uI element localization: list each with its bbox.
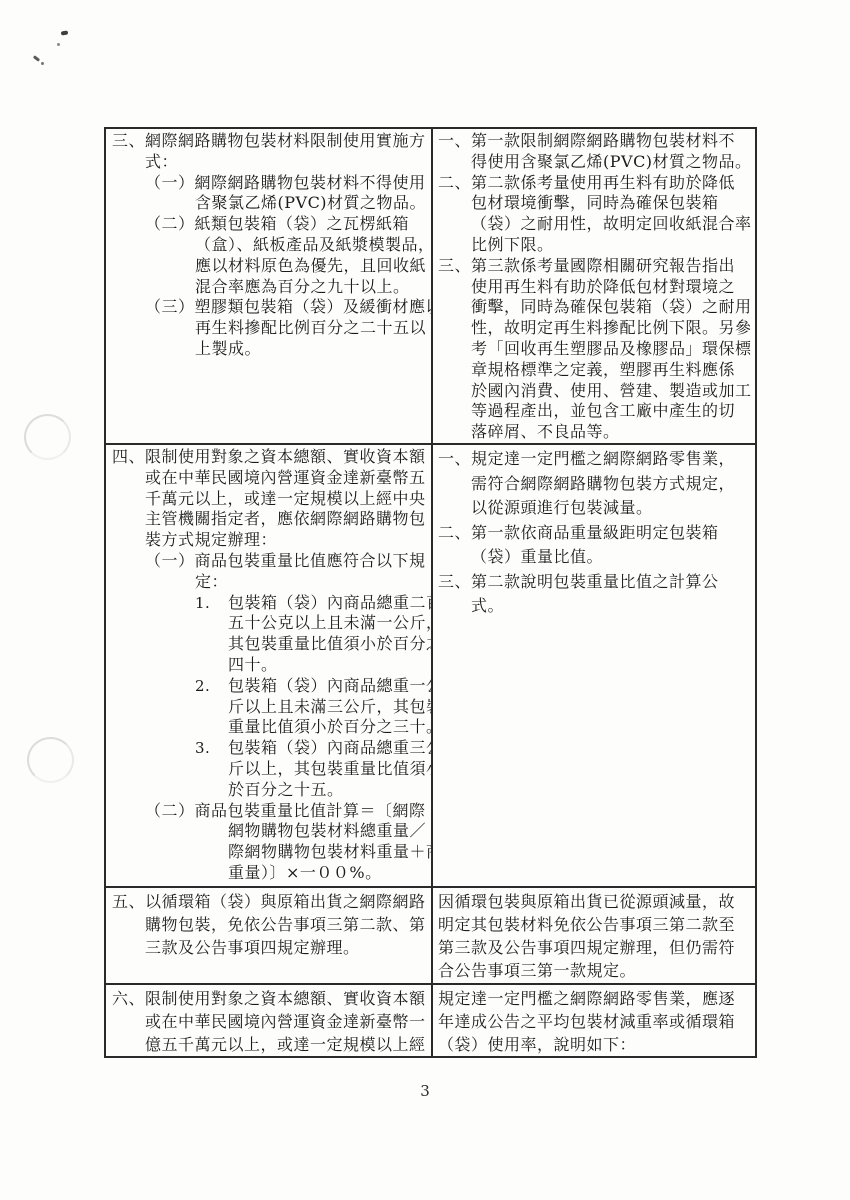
text-line: 需符合網際網路購物包裝方式規定， (438, 472, 755, 497)
text-line: 重量）〕×一００%。 (112, 863, 431, 884)
text-line: 或在中華民國境內營運資金達新臺幣五 (112, 468, 431, 489)
text-line: 2.包裝箱（袋）內商品總重一公 (112, 676, 431, 697)
text-line: 明定其包裝材料免依公告事項三第二款至 (438, 913, 755, 936)
text-line: 章規格標準之定義，塑膠再生料應係 (438, 360, 755, 381)
regulation-table: 三、網際網路購物包裝材料限制使用實施方式：（一）網際網路購物包裝材料不得使用含聚… (104, 127, 757, 1058)
text-line: 第三款及公告事項四規定辦理，但仍需符 (438, 936, 755, 959)
text-line: 三、網際網路購物包裝材料限制使用實施方 (112, 131, 431, 152)
text-line: （三）塑膠類包裝箱（袋）及緩衝材應以 (112, 297, 431, 318)
list-number-marker: 1. (195, 593, 228, 614)
text-line: 包材環境衝擊，同時為確保包裝箱 (438, 193, 755, 214)
text-line: 定： (112, 572, 431, 593)
table-cell-left-row2: 四、限制使用對象之資本總額、實收資本額或在中華民國境內營運資金達新臺幣五千萬元以… (106, 445, 433, 886)
text-line: 際網物購物包裝材料重量＋商品 (112, 842, 431, 863)
table-cell-right-row3: 因循環包裝與原箱出貨已從源頭減量，故明定其包裝材料免依公告事項三第二款至第三款及… (433, 888, 755, 983)
page-number: 3 (0, 1082, 850, 1100)
text-line: 3.包裝箱（袋）內商品總重三公 (112, 738, 431, 759)
table-row: 三、網際網路購物包裝材料限制使用實施方式：（一）網際網路購物包裝材料不得使用含聚… (106, 129, 755, 445)
text-line: 規定達一定門檻之網際網路零售業，應逐 (438, 987, 755, 1010)
text-line: （盒）、紙板產品及紙漿模製品， (112, 235, 431, 256)
text-line: 二、第二款係考量使用再生料有助於降低 (438, 173, 755, 194)
text-line: （袋）之耐用性，故明定回收紙混合率 (438, 214, 755, 235)
text-line: 一、規定達一定門檻之網際網路零售業， (438, 447, 755, 472)
text-line: 三款及公告事項四規定辦理。 (112, 936, 431, 959)
table-row: 六、限制使用對象之資本總額、實收資本額或在中華民國境內營運資金達新臺幣一億五千萬… (106, 985, 755, 1056)
text-line: （二）紙類包裝箱（袋）之瓦楞紙箱 (112, 214, 431, 235)
list-number-marker: 2. (195, 676, 228, 697)
text-line: 億五千萬元以上，或達一定規模以上經 (112, 1033, 431, 1056)
text-line: 使用再生料有助於降低包材對環境之 (438, 277, 755, 298)
text-line: 斤以上，其包裝重量比值須小 (112, 759, 431, 780)
text-line: 等過程產出，並包含工廠中產生的切 (438, 401, 755, 422)
text-line: （一）商品包裝重量比值應符合以下規 (112, 551, 431, 572)
text-line: 比例下限。 (438, 235, 755, 256)
table-row: 四、限制使用對象之資本總額、實收資本額或在中華民國境內營運資金達新臺幣五千萬元以… (106, 445, 755, 888)
text-line: 千萬元以上，或達一定規模以上經中央 (112, 489, 431, 510)
scan-speck (57, 43, 60, 46)
text-line: 衝擊，同時為確保包裝箱（袋）之耐用 (438, 297, 755, 318)
text-line: 五十公克以上且未滿一公斤， (112, 613, 431, 634)
text-line: 落碎屑、不良品等。 (438, 422, 755, 443)
text-line: 或在中華民國境內營運資金達新臺幣一 (112, 1010, 431, 1033)
text-line: 因循環包裝與原箱出貨已從源頭減量，故 (438, 890, 755, 913)
text-line: 五、以循環箱（袋）與原箱出貨之網際網路 (112, 890, 431, 913)
text-line: 其包裝重量比值須小於百分之 (112, 634, 431, 655)
text-line: （袋）使用率，說明如下： (438, 1033, 755, 1056)
text-line: 式。 (438, 594, 755, 619)
text-line: （袋）重量比值。 (438, 545, 755, 570)
scan-speck (61, 31, 68, 36)
table-cell-left-row3: 五、以循環箱（袋）與原箱出貨之網際網路購物包裝，免依公告事項三第二款、第三款及公… (106, 888, 433, 983)
text-line: 1.包裝箱（袋）內商品總重二百 (112, 593, 431, 614)
list-number-marker: 3. (195, 738, 228, 759)
text-line: 得使用含聚氯乙烯(PVC)材質之物品。 (438, 152, 755, 173)
text-line: 於百分之十五。 (112, 780, 431, 801)
text-line: （二）商品包裝重量比值計算＝〔網際 (112, 801, 431, 822)
text-line: 購物包裝，免依公告事項三第二款、第 (112, 913, 431, 936)
text-line: 主管機關指定者，應依網際網路購物包 (112, 509, 431, 530)
text-line: 年達成公告之平均包裝材減重率或循環箱 (438, 1010, 755, 1033)
text-line: 四十。 (112, 655, 431, 676)
text-line: 網物購物包裝材料總重量／（網 (112, 821, 431, 842)
text-line: 上製成。 (112, 339, 431, 360)
text-line: 式： (112, 152, 431, 173)
table-cell-right-row1: 一、第一款限制網際網路購物包裝材料不得使用含聚氯乙烯(PVC)材質之物品。二、第… (433, 129, 755, 443)
text-line: 裝方式規定辦理： (112, 530, 431, 551)
text-line: 再生料摻配比例百分之二十五以 (112, 318, 431, 339)
text-line: 含聚氯乙烯(PVC)材質之物品。 (112, 193, 431, 214)
text-line: 三、第二款說明包裝重量比值之計算公 (438, 570, 755, 595)
scanned-page: 三、網際網路購物包裝材料限制使用實施方式：（一）網際網路購物包裝材料不得使用含聚… (0, 0, 850, 1200)
text-line: 三、第三款係考量國際相關研究報告指出 (438, 256, 755, 277)
text-line: 考「回收再生塑膠品及橡膠品」環保標 (438, 339, 755, 360)
text-line: 合公告事項三第一款規定。 (438, 959, 755, 982)
text-line: 六、限制使用對象之資本總額、實收資本額 (112, 987, 431, 1010)
text-line: 二、第一款依商品重量級距明定包裝箱 (438, 521, 755, 546)
scan-speck (41, 62, 44, 65)
text-line: 於國內消費、使用、營建、製造或加工 (438, 381, 755, 402)
text-line: 性，故明定再生料摻配比例下限。另參 (438, 318, 755, 339)
text-line: 斤以上且未滿三公斤，其包裝 (112, 697, 431, 718)
table-cell-left-row1: 三、網際網路購物包裝材料限制使用實施方式：（一）網際網路購物包裝材料不得使用含聚… (106, 129, 433, 443)
table-cell-right-row4: 規定達一定門檻之網際網路零售業，應逐年達成公告之平均包裝材減重率或循環箱（袋）使… (433, 985, 755, 1056)
text-line: 應以材料原色為優先，且回收紙 (112, 256, 431, 277)
scan-speck (33, 55, 40, 62)
text-line: （一）網際網路購物包裝材料不得使用 (112, 173, 431, 194)
punch-hole-mark (27, 737, 74, 783)
text-line: 重量比值須小於百分之三十。 (112, 717, 431, 738)
table-row: 五、以循環箱（袋）與原箱出貨之網際網路購物包裝，免依公告事項三第二款、第三款及公… (106, 888, 755, 985)
text-line: 以從源頭進行包裝減量。 (438, 496, 755, 521)
text-line: 混合率應為百分之九十以上。 (112, 277, 431, 298)
table-cell-left-row4: 六、限制使用對象之資本總額、實收資本額或在中華民國境內營運資金達新臺幣一億五千萬… (106, 985, 433, 1056)
text-line: 四、限制使用對象之資本總額、實收資本額 (112, 447, 431, 468)
text-line: 一、第一款限制網際網路購物包裝材料不 (438, 131, 755, 152)
table-cell-right-row2: 一、規定達一定門檻之網際網路零售業，需符合網際網路購物包裝方式規定，以從源頭進行… (433, 445, 755, 886)
punch-hole-mark (24, 414, 71, 460)
